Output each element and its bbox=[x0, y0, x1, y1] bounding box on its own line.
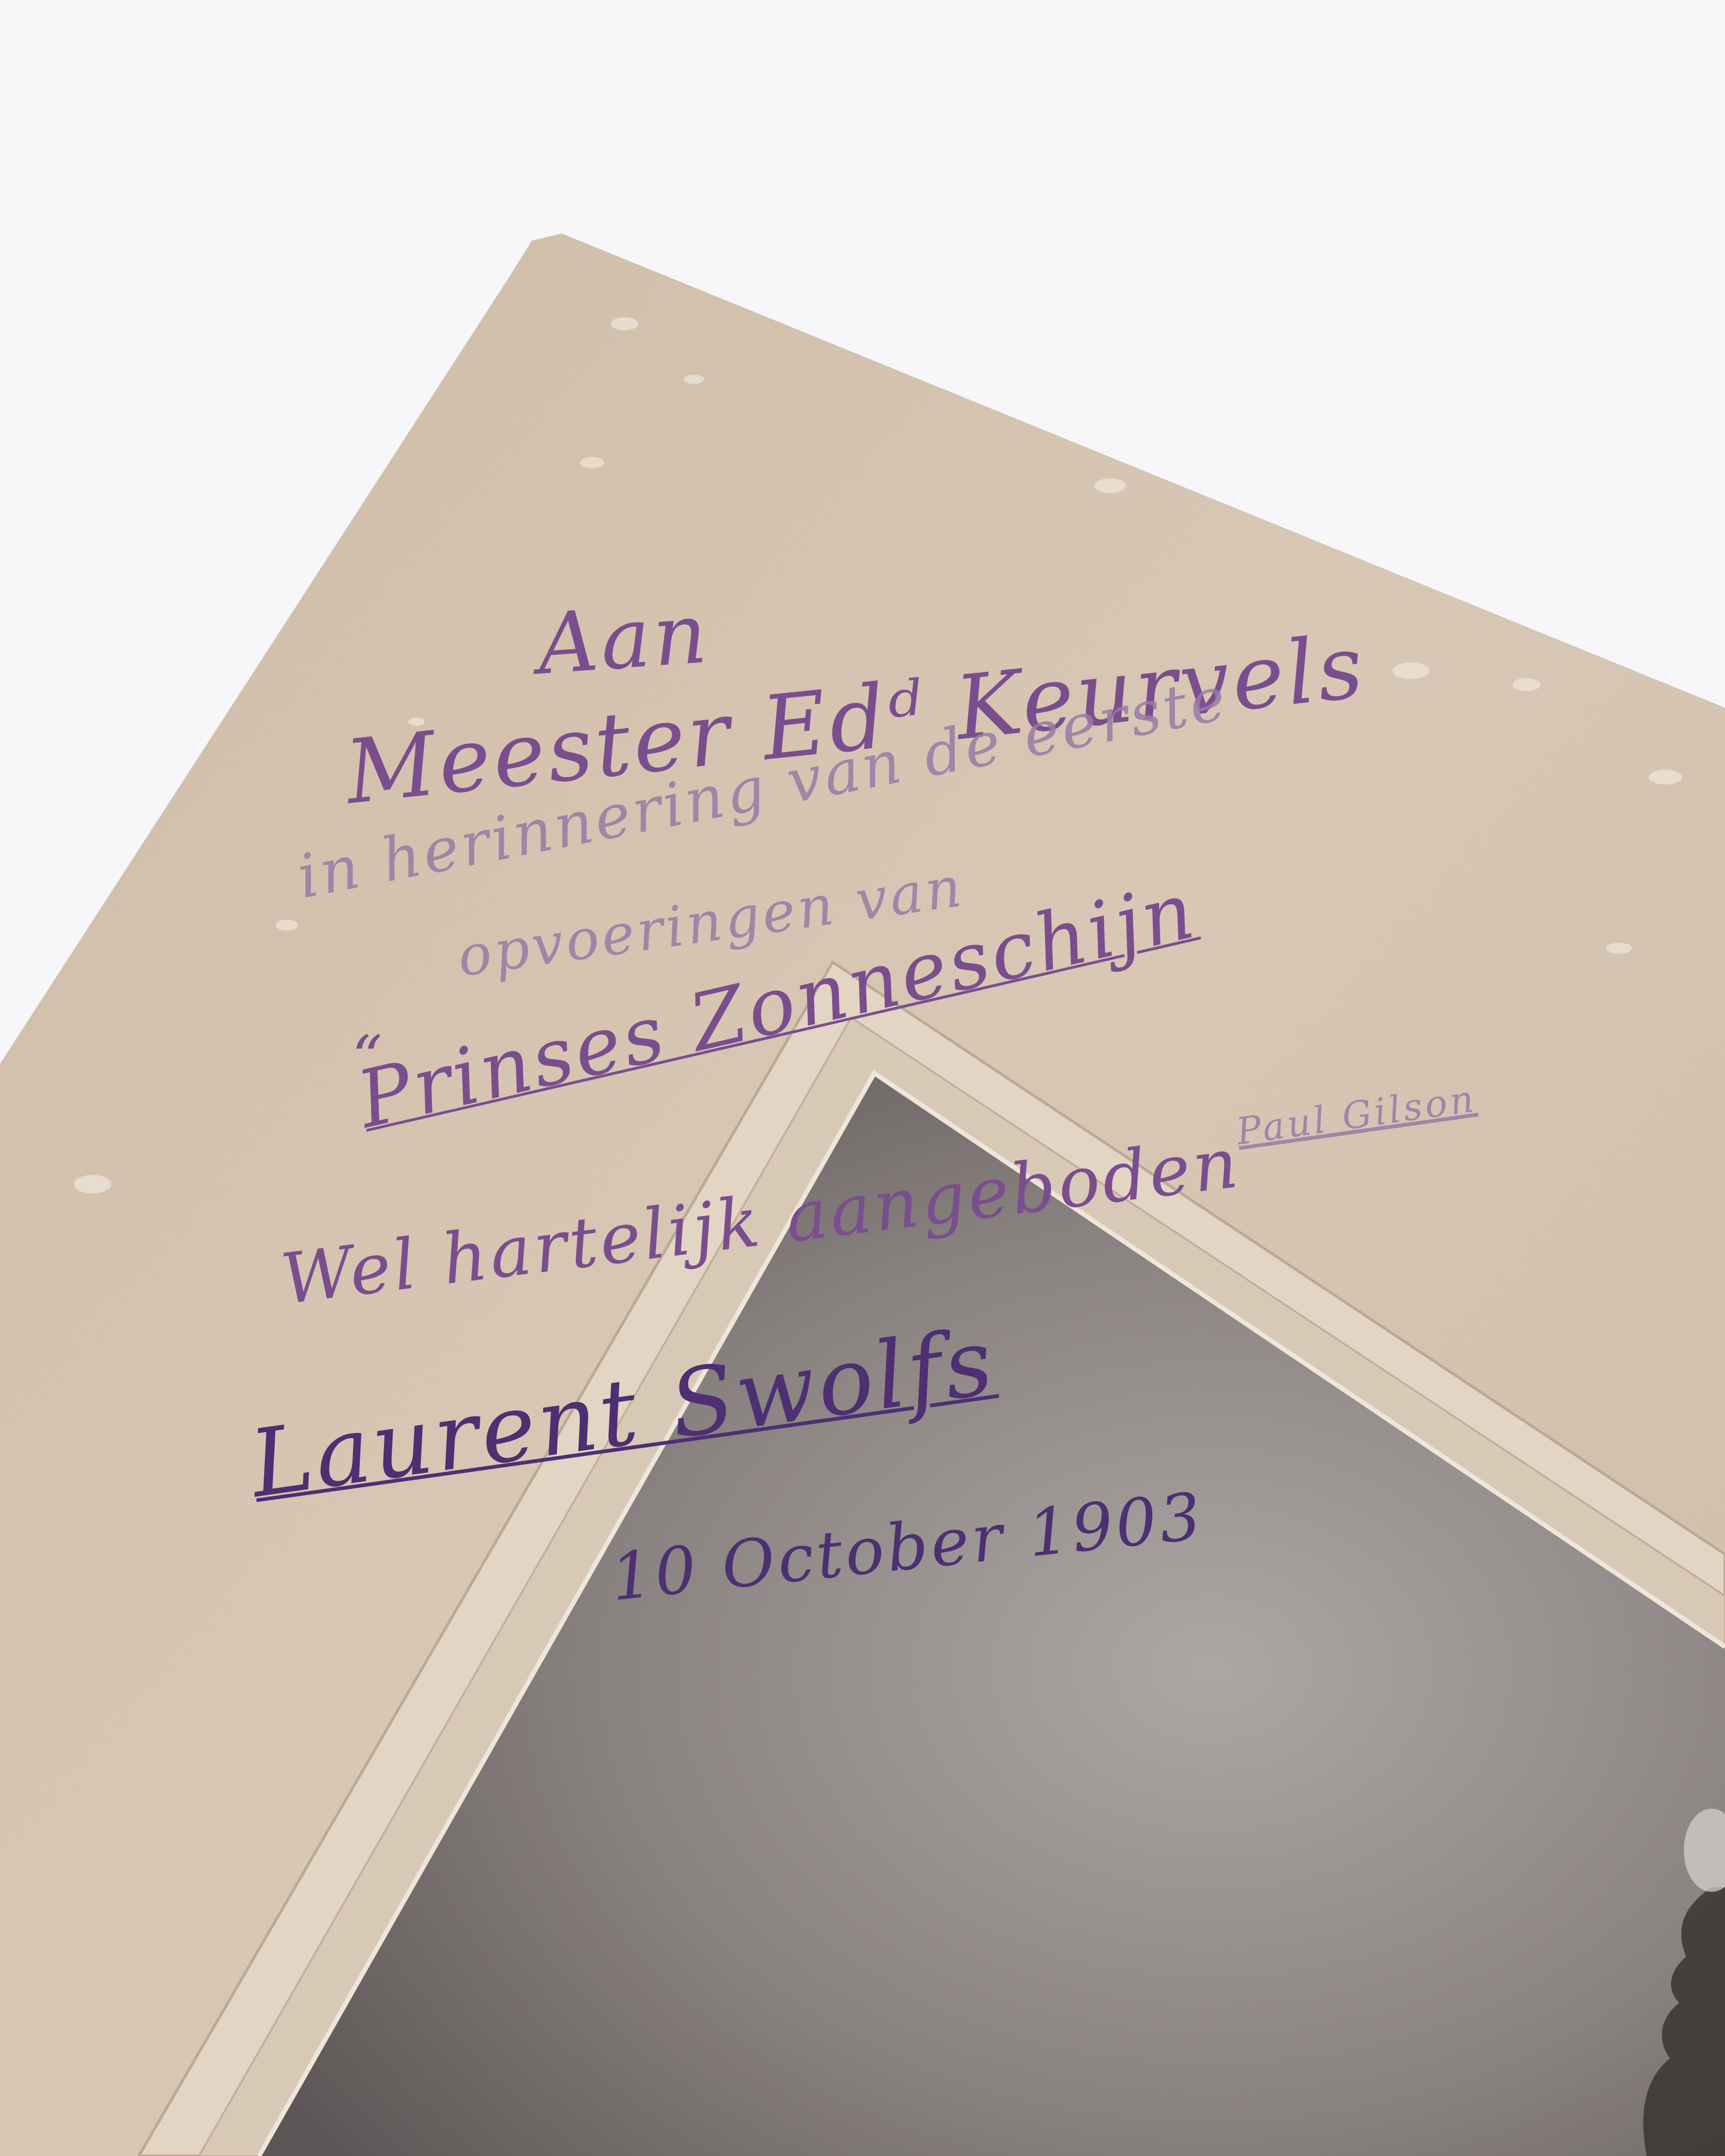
scene-description: Sepia-toned portrait, profile of a face … bbox=[19, 2142, 32, 2142]
dedication-greeting: Aan bbox=[534, 585, 712, 693]
photograph-scene: Aan Meester Edᵈ Keurvels in herinnering … bbox=[0, 0, 1725, 2156]
